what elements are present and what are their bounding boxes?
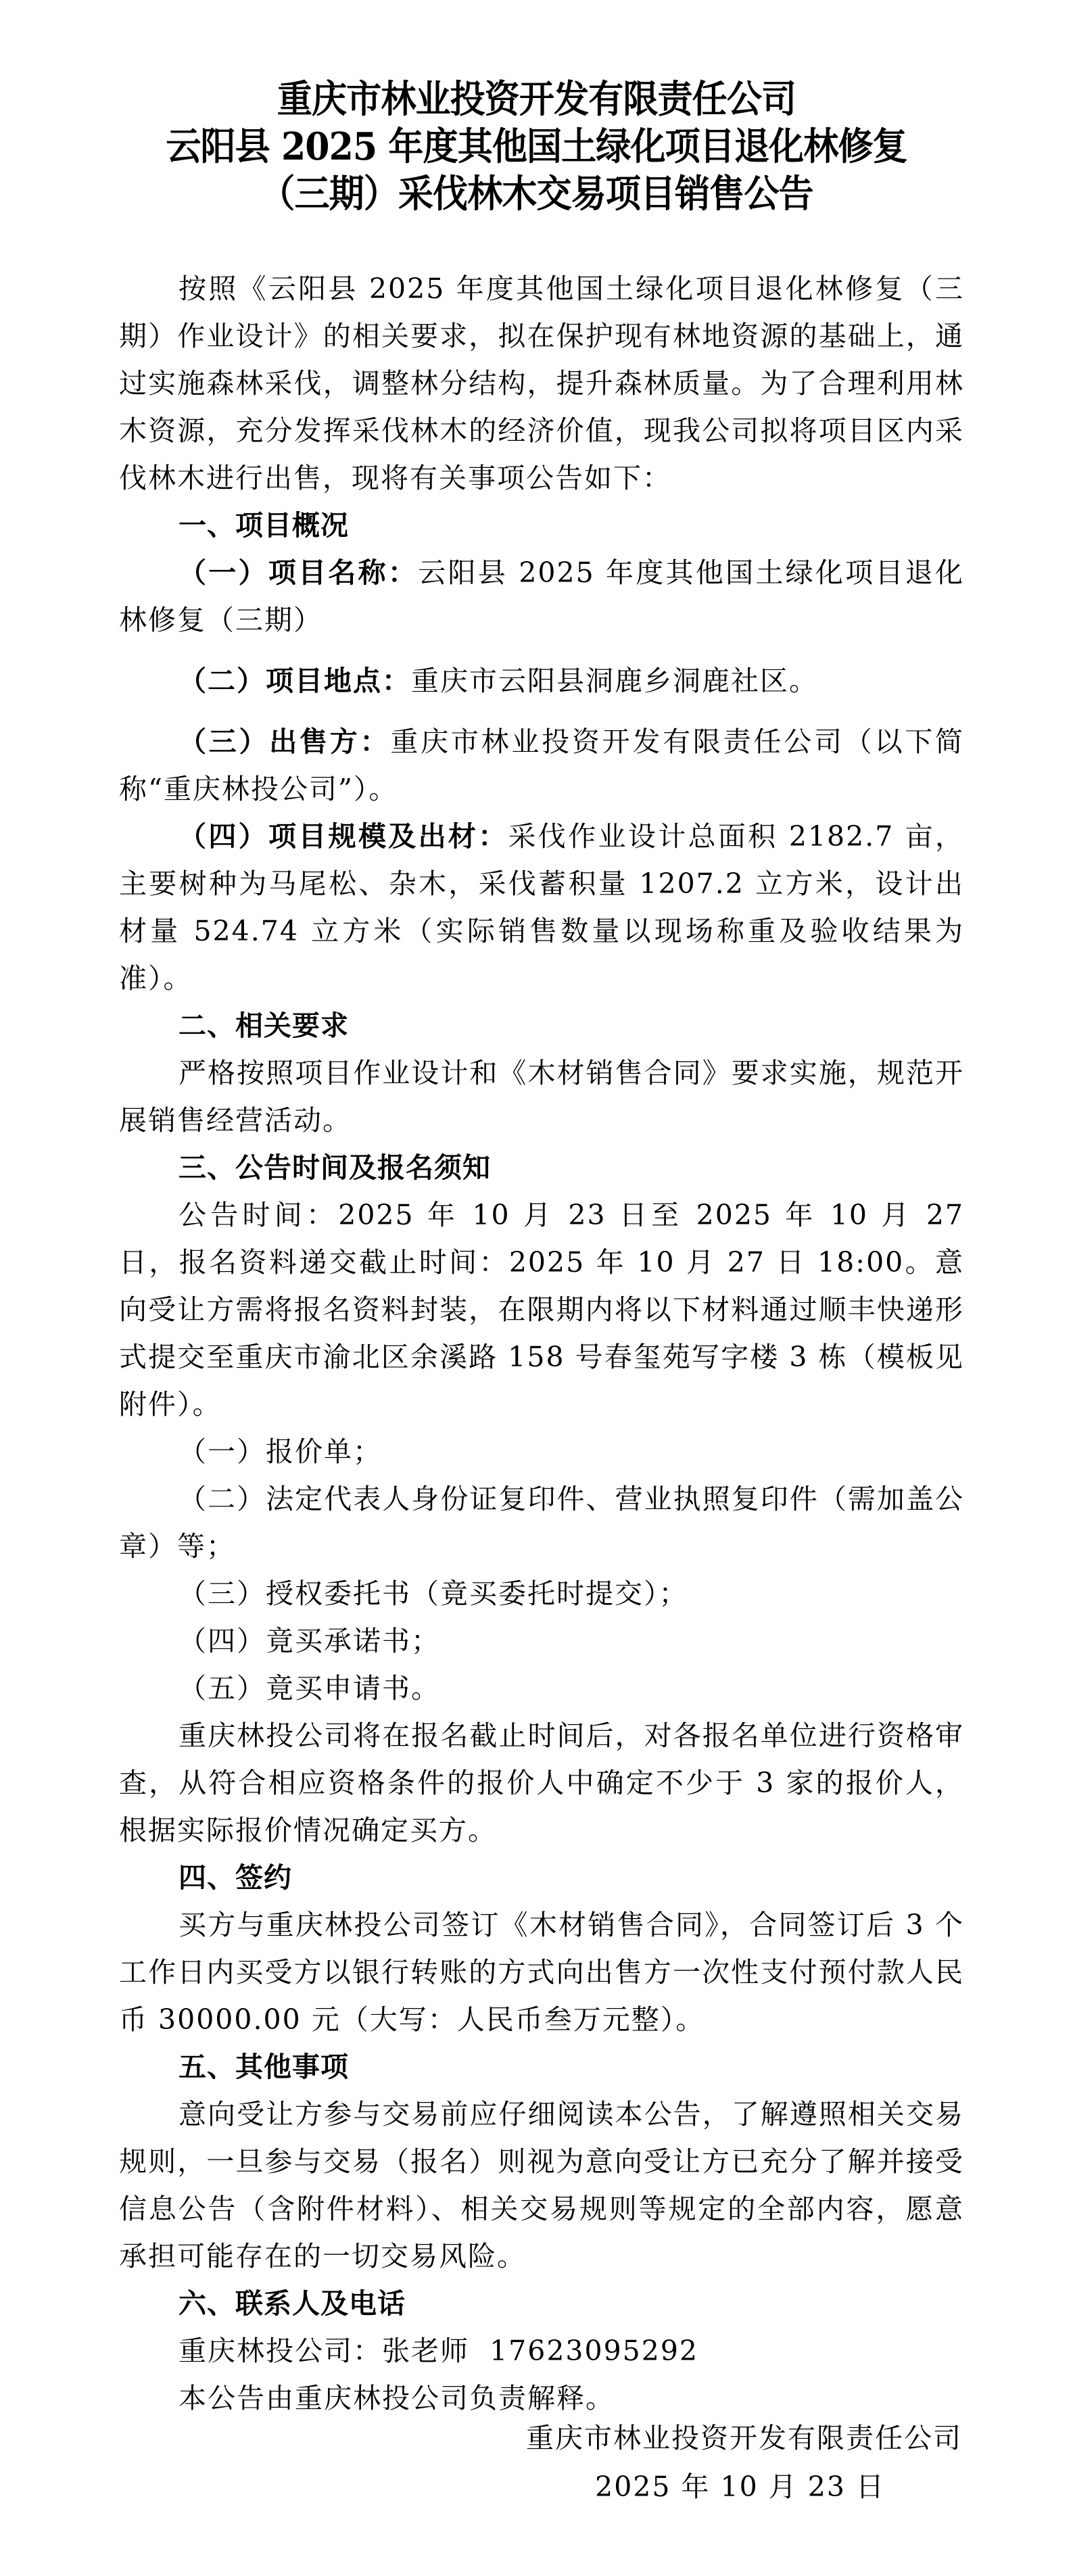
overview-item-name: （一）项目名称：云阳县 2025 年度其他国土绿化项目退化林修复（三期） <box>119 549 964 644</box>
other-paragraph: 意向受让方参与交易前应仔细阅读本公告，了解遵照相关交易规则，一旦参与交易（报名）… <box>119 2091 964 2280</box>
qualification-paragraph: 重庆林投公司将在报名截止时间后，对各报名单位进行资格审查，从符合相应资格条件的报… <box>119 1712 964 1854</box>
material-item-id-license: （二）法定代表人身份证复印件、营业执照复印件（需加盖公章）等； <box>119 1475 964 1570</box>
item-label: （三）出售方： <box>178 725 390 758</box>
item-text: 重庆市云阳县洞鹿乡洞鹿社区。 <box>411 665 818 697</box>
overview-item-seller: （三）出售方：重庆市林业投资开发有限责任公司（以下简称“重庆林投公司”）。 <box>119 718 964 813</box>
title-line-project: 云阳县 2025 年度其他国土绿化项目退化林修复 <box>38 123 1036 170</box>
material-item-authorization: （三）授权委托书（竟买委托时提交）； <box>119 1570 964 1617</box>
contact-line: 重庆林投公司：张老师 17623095292 <box>119 2327 964 2375</box>
document-title: 重庆市林业投资开发有限责任公司 云阳县 2025 年度其他国土绿化项目退化林修复… <box>0 76 1073 218</box>
section-heading-other: 五、其他事项 <box>119 2043 964 2091</box>
section-heading-requirements: 二、相关要求 <box>119 1002 964 1049</box>
title-line-company: 重庆市林业投资开发有限责任公司 <box>38 76 1036 123</box>
announcement-page: 重庆市林业投资开发有限责任公司 云阳县 2025 年度其他国土绿化项目退化林修复… <box>0 0 1073 2576</box>
signature-company: 重庆市林业投资开发有限责任公司 <box>526 2414 962 2462</box>
material-item-quote: （一）报价单； <box>119 1428 964 1475</box>
item-label: （四）项目规模及出材： <box>178 820 508 853</box>
section-heading-contact: 六、联系人及电话 <box>119 2280 964 2327</box>
section-heading-contract: 四、签约 <box>119 1854 964 1901</box>
overview-item-location: （二）项目地点：重庆市云阳县洞鹿乡洞鹿社区。 <box>119 657 964 705</box>
document-body: 按照《云阳县 2025 年度其他国土绿化项目退化林修复（三期）作业设计》的相关要… <box>119 265 964 2422</box>
overview-item-scale: （四）项目规模及出材：采伐作业设计总面积 2182.7 亩，主要树种为马尾松、杂… <box>119 813 964 1002</box>
material-item-application: （五）竟买申请书。 <box>119 1665 964 1712</box>
signature-block: 重庆市林业投资开发有限责任公司 2025 年 10 月 23 日 <box>526 2414 962 2511</box>
section-heading-overview: 一、项目概况 <box>119 502 964 549</box>
contract-paragraph: 买方与重庆林投公司签订《木材销售合同》，合同签订后 3 个工作日内买受方以银行转… <box>119 1901 964 2043</box>
registration-paragraph: 公告时间：2025 年 10 月 23 日至 2025 年 10 月 27 日，… <box>119 1191 964 1428</box>
intro-paragraph: 按照《云阳县 2025 年度其他国土绿化项目退化林修复（三期）作业设计》的相关要… <box>119 265 964 502</box>
title-line-subject: （三期）采伐林木交易项目销售公告 <box>38 170 1036 218</box>
section-heading-registration: 三、公告时间及报名须知 <box>119 1144 964 1191</box>
signature-date: 2025 年 10 月 23 日 <box>526 2462 962 2511</box>
item-label: （一）项目名称： <box>178 556 418 589</box>
item-label: （二）项目地点： <box>178 665 411 697</box>
material-item-commitment: （四）竟买承诺书； <box>119 1617 964 1665</box>
requirements-paragraph: 严格按照项目作业设计和《木材销售合同》要求实施，规范开展销售经营活动。 <box>119 1049 964 1144</box>
